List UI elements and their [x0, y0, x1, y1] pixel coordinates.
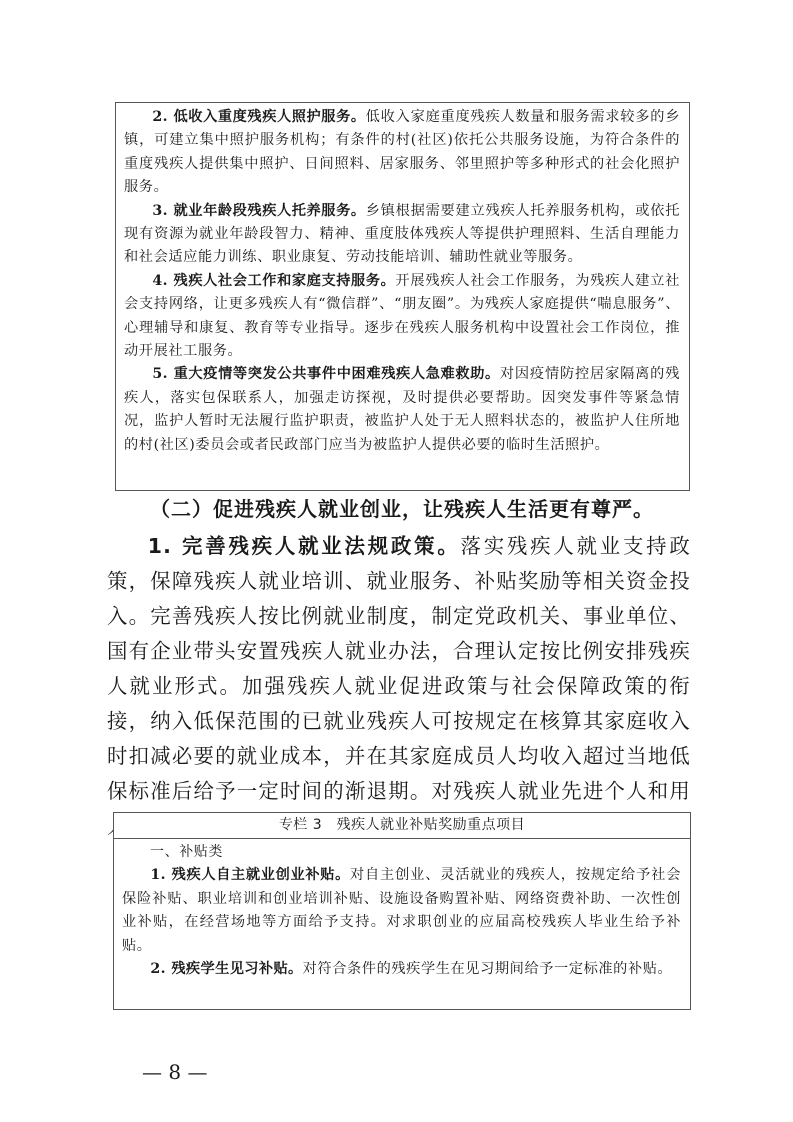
- paragraph-lead: 1. 完善残疾人就业法规政策。: [148, 534, 461, 558]
- item-title: 4. 残疾人社会工作和家庭支持服务。: [152, 273, 395, 289]
- page-number: — 8 —: [142, 1060, 207, 1084]
- paragraph-text: 落实残疾人就业支持政策，保障残疾人就业培训、就业服务、补贴奖励等相关资金投入。完…: [107, 534, 691, 838]
- box-item: 1. 残疾人自主就业创业补贴。对自主创业、灵活就业的残疾人，按规定给予社会保险补…: [122, 864, 681, 958]
- box-item: 4. 残疾人社会工作和家庭支持服务。开展残疾人社会工作服务，为残疾人建立社会支持…: [124, 270, 680, 364]
- box-header: 专栏 3 残疾人就业补贴奖励重点项目: [114, 813, 690, 839]
- box-item: 2. 残疾学生见习补贴。对符合条件的残疾学生在见习期间给予一定标准的补贴。: [122, 958, 681, 981]
- service-projects-box: 2. 低收入重度残疾人照护服务。低收入家庭重度残疾人数量和服务需求较多的乡镇，可…: [115, 102, 690, 491]
- box-item: 2. 低收入重度残疾人照护服务。低收入家庭重度残疾人数量和服务需求较多的乡镇，可…: [124, 106, 680, 200]
- item-title: 2. 低收入重度残疾人照护服务。: [152, 109, 365, 125]
- item-title: 1. 残疾人自主就业创业补贴。: [150, 867, 350, 883]
- item-title: 5. 重大疫情等突发公共事件中困难残疾人急难救助。: [152, 366, 499, 382]
- item-text: 对符合条件的残疾学生在见习期间给予一定标准的补贴。: [303, 961, 673, 977]
- category-label: 一、补贴类: [122, 841, 681, 864]
- subsidy-projects-box: 专栏 3 残疾人就业补贴奖励重点项目 一、补贴类 1. 残疾人自主就业创业补贴。…: [113, 812, 691, 1010]
- body-paragraph: 1. 完善残疾人就业法规政策。落实残疾人就业支持政策，保障残疾人就业培训、就业服…: [107, 529, 691, 844]
- item-title: 3. 就业年龄段残疾人托养服务。: [152, 203, 365, 219]
- section-heading: （二）促进残疾人就业创业，让残疾人生活更有尊严。: [150, 493, 654, 522]
- box-item: 5. 重大疫情等突发公共事件中困难残疾人急难救助。对因疫情防控居家隔离的残疾人，…: [124, 363, 680, 457]
- item-title: 2. 残疾学生见习补贴。: [150, 961, 302, 977]
- box-item: 3. 就业年龄段残疾人托养服务。乡镇根据需要建立残疾人托养服务机构，或依托现有资…: [124, 200, 680, 270]
